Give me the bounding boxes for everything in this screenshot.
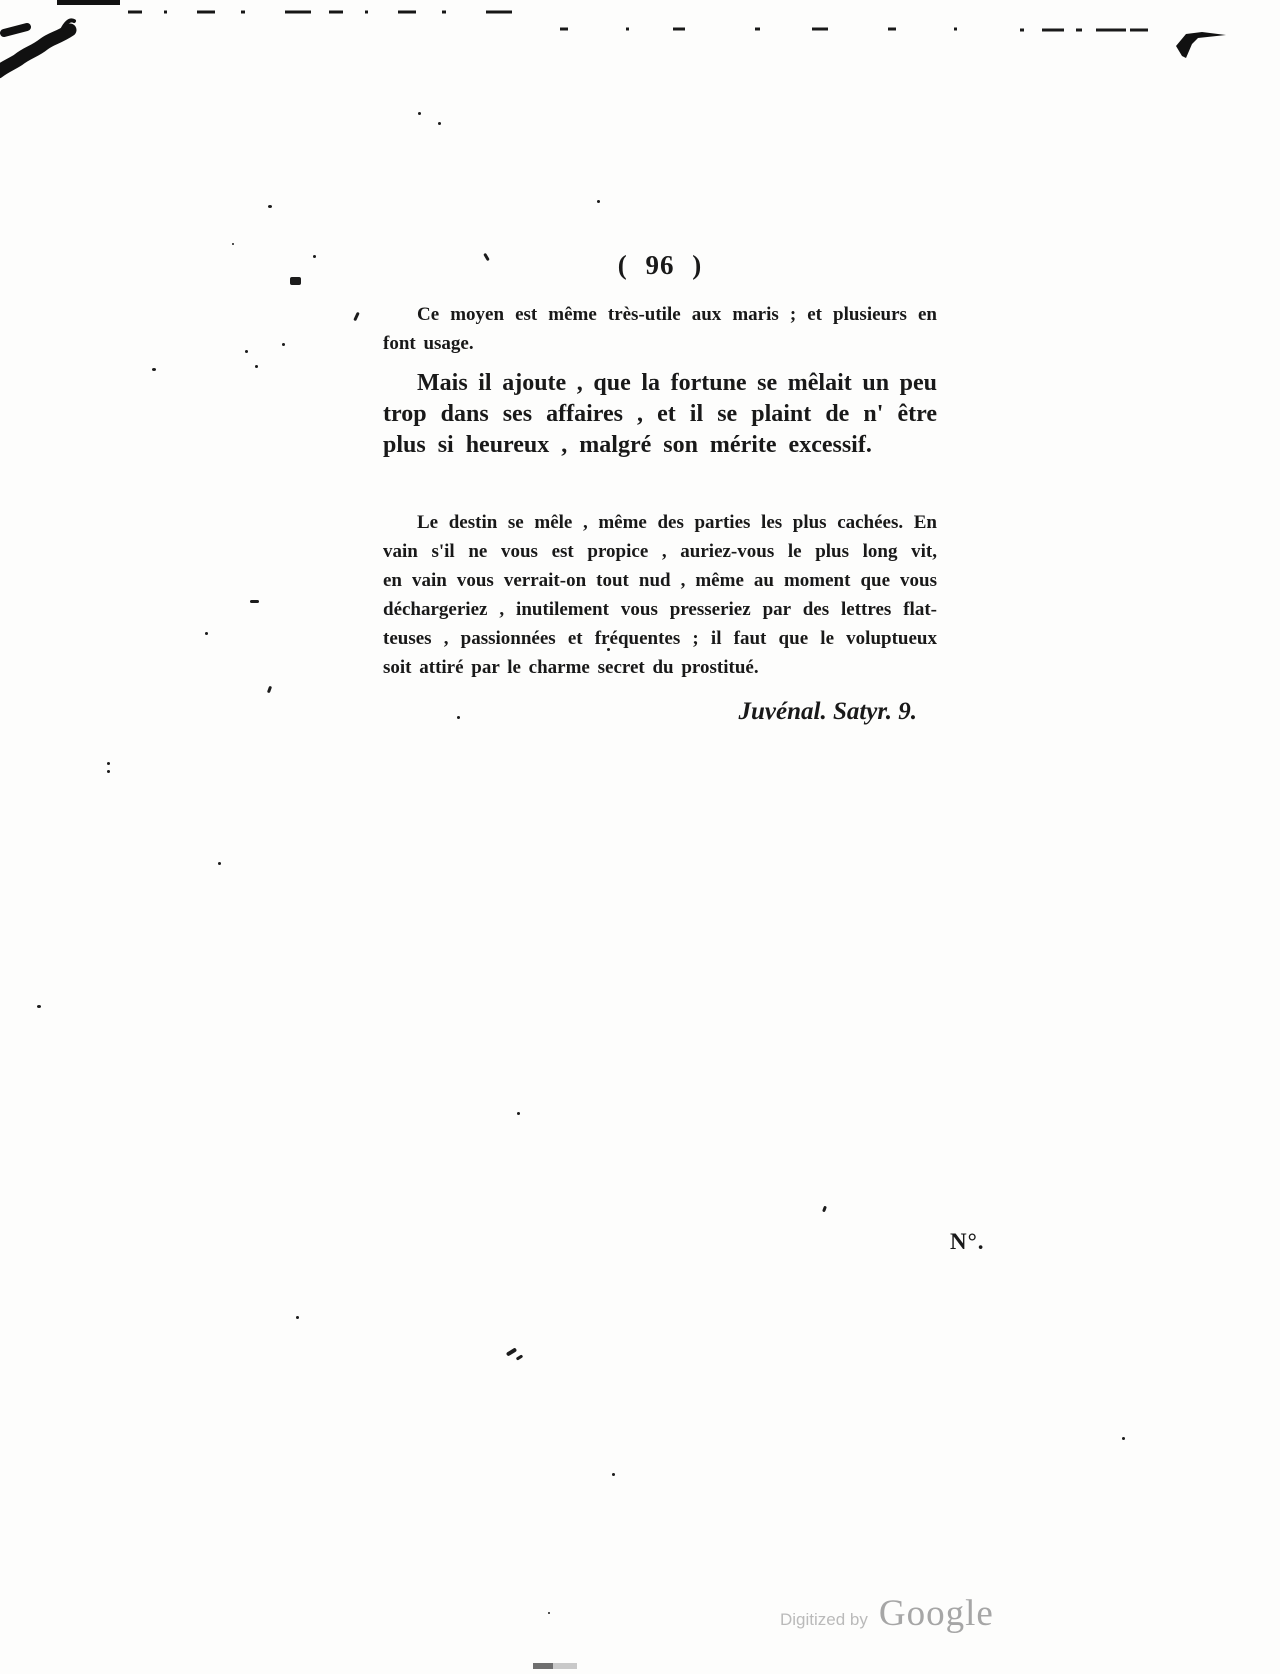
ink-speck [152, 368, 156, 371]
ink-speck [1122, 1437, 1125, 1440]
ink-speck [107, 770, 110, 773]
ink-speck [313, 255, 316, 258]
paragraph: Le destin se mêle , même des parties les… [383, 508, 937, 682]
ink-speck [517, 1112, 520, 1115]
ink-speck [612, 1473, 615, 1476]
ink-speck [822, 1206, 827, 1213]
ink-blot-top-right-icon [1172, 26, 1228, 60]
ink-speck [438, 122, 441, 125]
ink-speck [245, 350, 248, 353]
text-line: Mais il ajoute , que la fortune se mêlai… [383, 368, 937, 399]
paragraphs: Ce moyen est même très-utile aux maris ;… [383, 300, 937, 682]
paragraph: Ce moyen est même très-utile aux maris ;… [383, 300, 937, 358]
ink-speck [218, 862, 221, 865]
ink-speck [232, 243, 234, 245]
ink-speck [290, 277, 301, 285]
ink-speck [353, 312, 360, 321]
watermark-prefix: Digitized by [780, 1610, 868, 1630]
ink-speck [37, 1005, 41, 1008]
text-line: font usage. [383, 329, 937, 358]
ink-speck [457, 716, 460, 719]
google-watermark: Digitized by Google [780, 1592, 994, 1635]
ink-blot-top-left-icon [0, 8, 230, 98]
ink-speck [548, 1612, 550, 1614]
attribution: Juvénal. Satyr. 9. [383, 696, 937, 728]
paragraph: Mais il ajoute , que la fortune se mêlai… [383, 368, 937, 461]
ink-speck [516, 1354, 524, 1360]
text-line: Ce moyen est même très-utile aux maris ;… [383, 300, 937, 329]
signature-mark: N°. [950, 1229, 985, 1255]
text-line: teuses , passionnées et fréquentes ; il … [383, 624, 937, 653]
ink-speck [107, 762, 110, 765]
ink-speck [418, 112, 421, 115]
google-logo: Google [879, 1592, 994, 1635]
text-block: ( 96 ) Ce moyen est même très-utile aux … [383, 248, 937, 728]
page-number: ( 96 ) [383, 248, 937, 282]
text-line: trop dans ses affaires , et il se plaint… [383, 399, 937, 430]
ink-speck [282, 343, 285, 346]
text-line: déchargeriez , inutilement vous presseri… [383, 595, 937, 624]
dashed-rule-top-center-icon [560, 24, 980, 34]
ink-speck [255, 365, 258, 368]
dashed-rule-top-icon [128, 6, 528, 18]
ink-speck [267, 686, 272, 694]
scanned-book-page: { "page": { "number_header": "( 96 )", "… [0, 0, 1280, 1674]
ink-top-edge-mark [57, 0, 120, 5]
ink-speck [268, 205, 272, 208]
ink-speck [250, 600, 259, 603]
scanner-edge-bar [533, 1663, 577, 1669]
text-line: en vain vous verrait-on tout nud , même … [383, 566, 937, 595]
text-line: Le destin se mêle , même des parties les… [383, 508, 937, 537]
ink-speck [506, 1347, 517, 1356]
dashed-rule-top-right-icon [1020, 25, 1150, 35]
ink-speck [296, 1316, 299, 1319]
ink-speck [607, 648, 610, 651]
text-line: vain s'il ne vous est propice , auriez-v… [383, 537, 937, 566]
ink-speck [205, 632, 208, 635]
text-line: plus si heureux , malgré son mérite exce… [383, 430, 937, 461]
ink-speck [597, 200, 600, 203]
text-line: soit attiré par le charme secret du pros… [383, 653, 937, 682]
